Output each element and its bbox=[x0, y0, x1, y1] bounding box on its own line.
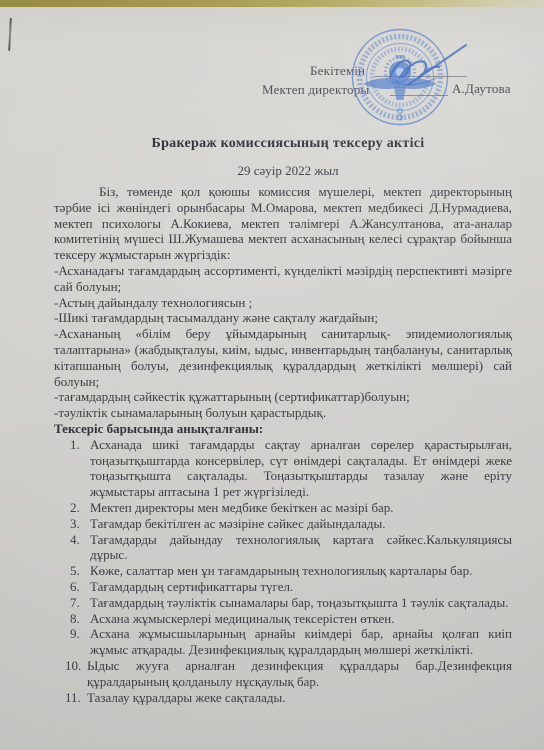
finding-number: 5. bbox=[70, 563, 90, 579]
finding-number: 9. bbox=[70, 626, 90, 658]
check-point-2: -Астың дайындалу технологиясын ; bbox=[54, 295, 512, 311]
scanned-inspection-act: Бекітемін Мектеп директоры А.Даутова Б bbox=[0, 0, 544, 750]
document-title: Бракераж комиссиясының тексеру актісі bbox=[36, 136, 540, 152]
finding-item-6: 6. Тағамдардың сертификаттары түгел. bbox=[54, 579, 512, 595]
finding-number: 10. bbox=[65, 658, 87, 690]
finding-text: Мектеп директоры мен медбике бекіткен ас… bbox=[90, 500, 512, 516]
finding-item-9: 9. Асхана жұмысшыларының арнайы киімдері… bbox=[54, 626, 512, 658]
finding-item-7: 7. Тағамдардың тәуліктік сынамалары бар,… bbox=[54, 595, 512, 611]
finding-text: Тазалау құралдары жеке сақталады. bbox=[87, 690, 512, 706]
finding-item-3: 3. Тағамдар бекітілген ас мәзіріне сәйке… bbox=[54, 516, 512, 532]
finding-number: 7. bbox=[70, 595, 90, 611]
findings-heading: Тексеріс барысында анықталғаны: bbox=[54, 421, 512, 437]
finding-item-8: 8. Асхана жұмыскерлері медициналық тексе… bbox=[54, 611, 512, 627]
check-point-1: -Асханадағы тағамдардың ассортименті, кү… bbox=[54, 263, 512, 295]
finding-item-10: 10. Ыдыс жууға арналған дезинфекция құра… bbox=[54, 658, 512, 690]
document-body: Біз, төменде қол қоюшы комиссия мүшелері… bbox=[54, 184, 512, 705]
intro-paragraph: Біз, төменде қол қоюшы комиссия мүшелері… bbox=[54, 184, 512, 263]
check-point-3: -Шикі тағамдардың тасымалдану және сақта… bbox=[54, 310, 512, 326]
check-point-4: -Асхананың «білім беру ұйымдарының санит… bbox=[54, 326, 512, 389]
finding-item-1: 1. Асханада шикі тағамдарды сақтау арнал… bbox=[54, 437, 512, 500]
finding-text: Асхана жұмыскерлері медициналық тексеріс… bbox=[90, 611, 512, 627]
document-date: 29 сәуір 2022 жыл bbox=[36, 163, 540, 179]
finding-text: Ыдыс жууға арналған дезинфекция құралдар… bbox=[87, 658, 512, 690]
finding-text: Тағамдар бекітілген ас мәзіріне сәйкес д… bbox=[90, 516, 512, 532]
check-point-6: -тәуліктік сынамаларының болуын қарастыр… bbox=[54, 405, 512, 421]
finding-number: 3. bbox=[70, 516, 90, 532]
finding-item-11: 11. Тазалау құралдары жеке сақталады. bbox=[54, 690, 512, 706]
photo-top-edge bbox=[0, 0, 544, 7]
finding-text: Көже, салаттар мен ұн тағамдарының техно… bbox=[90, 563, 512, 579]
finding-item-5: 5. Көже, салаттар мен ұн тағамдарының те… bbox=[54, 563, 512, 579]
finding-item-2: 2. Мектеп директоры мен медбике бекіткен… bbox=[54, 500, 512, 516]
finding-number: 1. bbox=[70, 437, 90, 500]
finding-number: 2. bbox=[70, 500, 90, 516]
staple-mark bbox=[8, 18, 12, 51]
finding-number: 8. bbox=[70, 611, 90, 627]
finding-text: Тағамдардың сертификаттары түгел. bbox=[90, 579, 512, 595]
finding-number: 4. bbox=[70, 532, 90, 564]
finding-text: Асхана жұмысшыларының арнайы киімдері ба… bbox=[90, 626, 512, 658]
finding-number: 11. bbox=[65, 690, 87, 706]
finding-text: Тағамдардың тәуліктік сынамалары бар, то… bbox=[90, 595, 512, 611]
finding-text: Тағамдарды дайындау технологиялық картағ… bbox=[90, 532, 512, 564]
check-point-5: -тағамдардың сәйкестік құжаттарының (сер… bbox=[54, 389, 512, 405]
finding-number: 6. bbox=[70, 579, 90, 595]
director-signature-ink bbox=[378, 36, 473, 92]
finding-text: Асханада шикі тағамдарды сақтау арналған… bbox=[90, 437, 512, 500]
finding-item-4: 4. Тағамдарды дайындау технологиялық кар… bbox=[54, 532, 512, 564]
